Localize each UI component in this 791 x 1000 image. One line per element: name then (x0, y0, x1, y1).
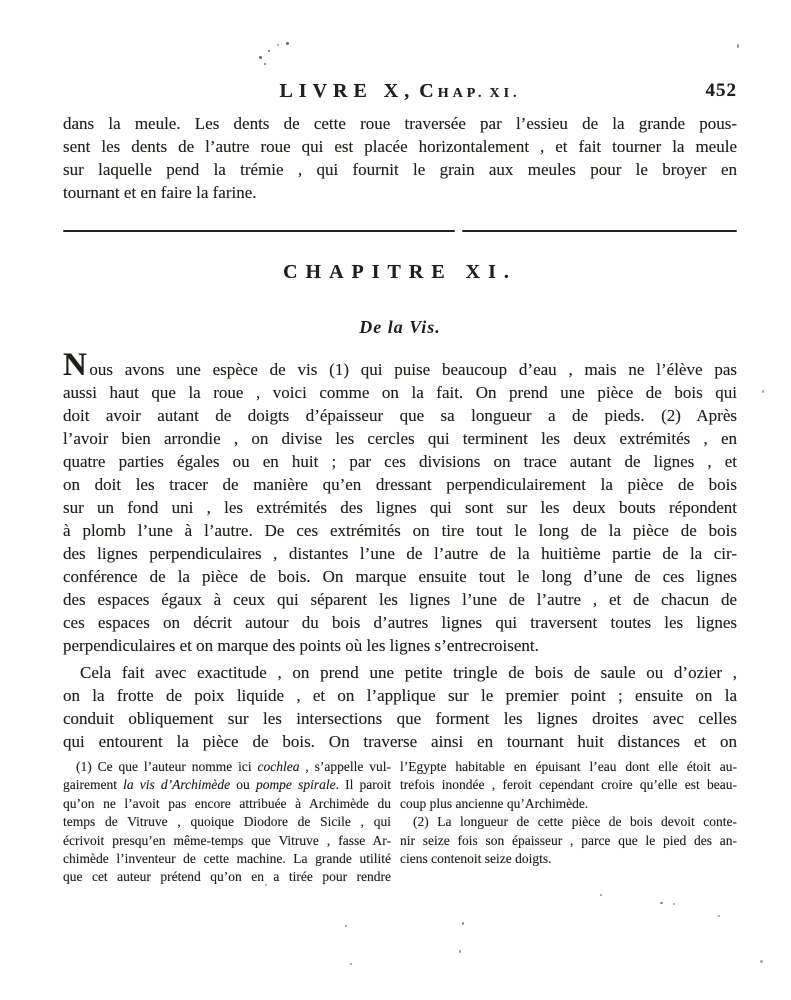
text-line: conduit obliquement sur les intersection… (63, 707, 737, 730)
text-line: que cet auteur prétend qu’on en a tirée … (63, 868, 391, 886)
footnote-text: ou (230, 777, 256, 792)
text-line: aussi haut que la roue , voici comme on … (63, 381, 737, 404)
text-line: qu’on ne l’avoit pas encore attribuée à … (63, 795, 391, 813)
scan-speck (737, 44, 739, 48)
opening-paragraph: dans la meule. Les dents de cette roue t… (63, 112, 737, 204)
text-line: qui entourent la pièce de bois. On trave… (63, 730, 737, 753)
text-line: doit avoir autant de doigts d’épaisseur … (63, 404, 737, 427)
drop-cap-initial: N (63, 347, 89, 383)
scan-speck (600, 894, 602, 896)
scan-speck (673, 903, 675, 905)
text-line: ciens contenoit seize doigts. (400, 850, 737, 868)
book-page-scan: LIVRE X, CHAP. XI. 452 dans la meule. Le… (0, 0, 791, 1000)
text-line: trefois inondée , feroit cependant croir… (400, 776, 737, 794)
text-line: coup plus ancienne qu’Archimède. (400, 795, 737, 813)
text-line: gairement la vis d’Archimède ou pompe sp… (63, 776, 391, 794)
text-line: sent les dents de l’autre roue qui est p… (63, 135, 737, 158)
scan-speck (350, 963, 352, 965)
chapter-subtitle: De la Vis. (63, 317, 737, 338)
running-header: LIVRE X, CHAP. XI. 452 (63, 80, 737, 103)
scan-speck (268, 50, 270, 52)
text-line: chimède l’inventeur de cette machine. La… (63, 850, 391, 868)
text-line: dans la meule. Les dents de cette roue t… (63, 112, 737, 135)
text-line: on doit les tracer de manière qu’en dres… (63, 473, 737, 496)
text-line-rest: ous avons une espèce de vis (1) qui puis… (89, 360, 737, 379)
section-rule (63, 230, 737, 232)
footnote-italic-term: pompe spirale (256, 777, 336, 792)
footnote-text: . Il paroit (336, 777, 391, 792)
text-line: des lignes perpendiculaires , distantes … (63, 542, 737, 565)
scan-speck (762, 390, 764, 393)
footnote-text: gairement (63, 777, 123, 792)
rule-segment (63, 230, 455, 232)
text-line: écrivoit presqu’en même-temps que Vitruv… (63, 832, 391, 850)
footnote-right-column: l’Egypte habitable en épuisant l’eau don… (400, 758, 737, 887)
text-line: conférence de la pièce de bois. On marqu… (63, 565, 737, 588)
scan-speck (660, 902, 663, 904)
text-line: (2) La longueur de cette pièce de bois d… (400, 813, 737, 831)
footnote-italic-term: cochlea (258, 759, 300, 774)
scan-speck (277, 44, 279, 46)
footnote-left-column: (1) Ce que l’auteur nomme ici cochlea , … (63, 758, 391, 887)
footnote-text: , s’appelle vul- (299, 759, 391, 774)
footnotes: (1) Ce que l’auteur nomme ici cochlea , … (63, 758, 737, 887)
text-line: sur laquelle pend la trémie , qui fourni… (63, 158, 737, 181)
scan-speck (345, 925, 347, 927)
text-line: (1) Ce que l’auteur nomme ici cochlea , … (63, 758, 391, 776)
text-line: on la frotte de poix liquide , et on l’a… (63, 684, 737, 707)
scan-speck (459, 950, 461, 953)
footnote-text: (1) Ce que l’auteur nomme ici (76, 759, 258, 774)
text-line: sur un fond uni , les extrémités des lig… (63, 496, 737, 519)
text-line: l’Egypte habitable en épuisant l’eau don… (400, 758, 737, 776)
scan-speck (264, 63, 266, 65)
scan-speck (286, 42, 289, 45)
scan-speck (718, 915, 720, 917)
body-paragraph-vis: Nous avons une espèce de vis (1) qui pui… (63, 358, 737, 657)
text-line: l’avoir bien arrondie , on divise les ce… (63, 427, 737, 450)
chapter-reference: CHAP. (419, 80, 485, 103)
page-number: 452 (706, 80, 738, 102)
text-line: tournant et en faire la farine. (63, 181, 737, 204)
text-line: quatre parties égales ou en huit ; par c… (63, 450, 737, 473)
scan-speck (760, 960, 763, 963)
scan-speck (462, 922, 464, 925)
footnote-italic-term: la vis d’Archimède (123, 777, 230, 792)
text-line: des espaces égaux à ceux qui séparent le… (63, 588, 737, 611)
chapter-heading: CHAPITRE XI. (63, 261, 737, 284)
rule-segment (462, 230, 737, 232)
text-line: Nous avons une espèce de vis (1) qui pui… (63, 358, 737, 381)
text-line: Cela fait avec exactitude , on prend une… (63, 661, 737, 684)
book-title: LIVRE X, (279, 80, 415, 102)
text-line: à plomb l’une à l’autre. De ces extrémit… (63, 519, 737, 542)
scan-speck (259, 56, 262, 59)
text-line: ces espaces on décrit autour du bois d’a… (63, 611, 737, 634)
body-paragraph-cela: Cela fait avec exactitude , on prend une… (63, 661, 737, 753)
chapter-number: XI. (489, 86, 520, 102)
scan-speck (265, 884, 267, 886)
text-line: nir seize fois son épaisseur , parce que… (400, 832, 737, 850)
text-line: perpendiculaires et on marque des points… (63, 634, 737, 657)
text-line: temps de Vitruve , quoique Diodore de Si… (63, 813, 391, 831)
